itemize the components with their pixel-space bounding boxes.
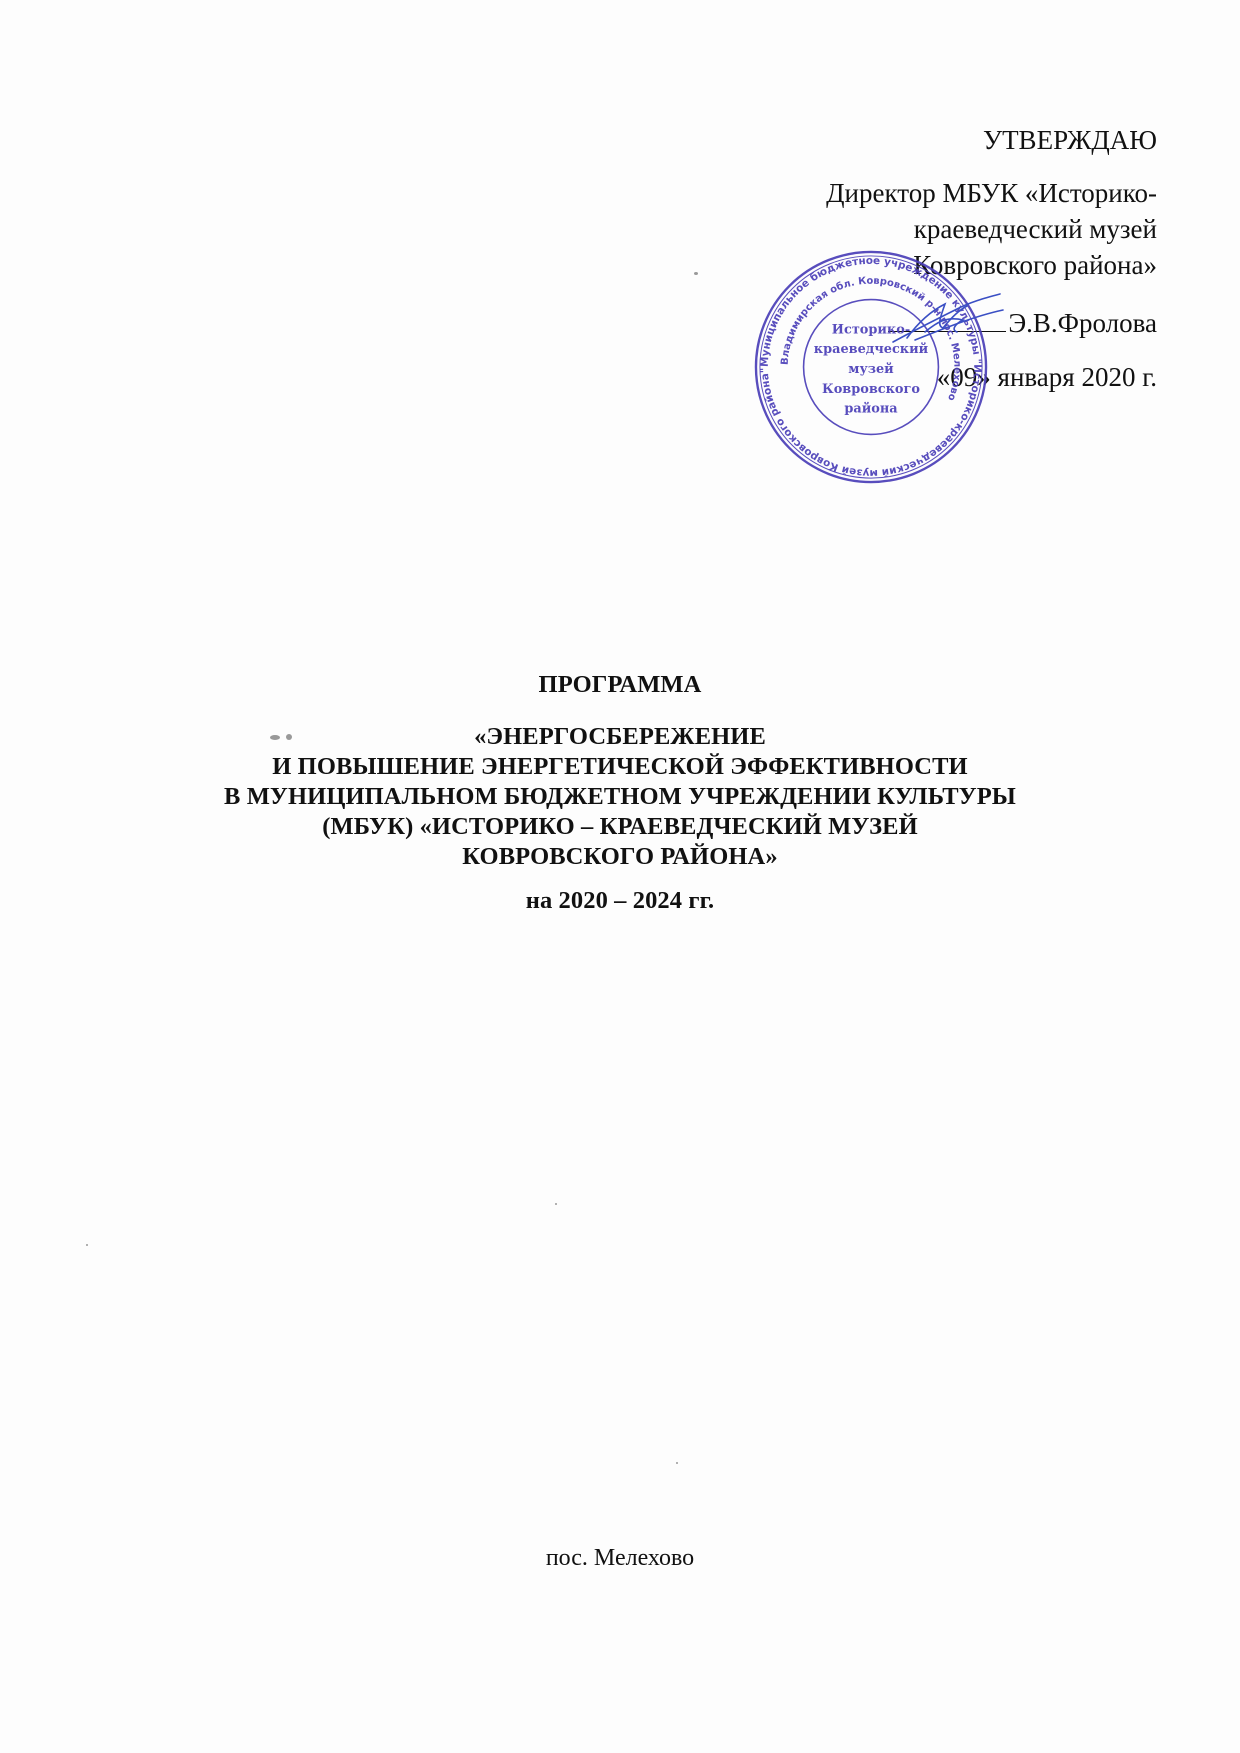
scan-speck <box>286 734 292 740</box>
title-line-1: «ЭНЕРГОСБЕРЕЖЕНИЕ <box>0 722 1240 752</box>
approval-position-line-1: Директор МБУК «Историко- <box>826 175 1157 211</box>
stamp-center-line-3: музей <box>848 362 894 377</box>
handwritten-signature <box>885 280 1005 360</box>
place-of-issue: пос. Мелехово <box>0 1545 1240 1572</box>
program-period: на 2020 – 2024 гг. <box>0 886 1240 916</box>
title-line-2: И ПОВЫШЕНИЕ ЭНЕРГЕТИЧЕСКОЙ ЭФФЕКТИВНОСТИ <box>0 752 1240 782</box>
title-line-3: В МУНИЦИПАЛЬНОМ БЮДЖЕТНОМ УЧРЕЖДЕНИИ КУЛ… <box>0 782 1240 812</box>
stamp-center-line-4: Ковровского <box>822 382 920 397</box>
scan-speck <box>86 1244 88 1246</box>
stamp-center-line-5: района <box>844 402 898 417</box>
approval-position-line-2: краеведческий музей <box>826 211 1157 247</box>
title-line-5: КОВРОВСКОГО РАЙОНА» <box>0 842 1240 872</box>
scan-speck <box>676 1462 678 1464</box>
scan-speck <box>270 735 280 740</box>
document-page: УТВЕРЖДАЮ Директор МБУК «Историко- краев… <box>0 0 1240 1753</box>
signatory-name: Э.В.Фролова <box>1008 308 1157 338</box>
program-label: ПРОГРАММА <box>0 670 1240 700</box>
approval-heading: УТВЕРЖДАЮ <box>826 122 1157 158</box>
scan-speck <box>555 1203 557 1205</box>
scan-speck <box>694 272 698 275</box>
title-line-4: (МБУК) «ИСТОРИКО – КРАЕВЕДЧЕСКИЙ МУЗЕЙ <box>0 812 1240 842</box>
document-title-block: ПРОГРАММА «ЭНЕРГОСБЕРЕЖЕНИЕ И ПОВЫШЕНИЕ … <box>0 670 1240 916</box>
